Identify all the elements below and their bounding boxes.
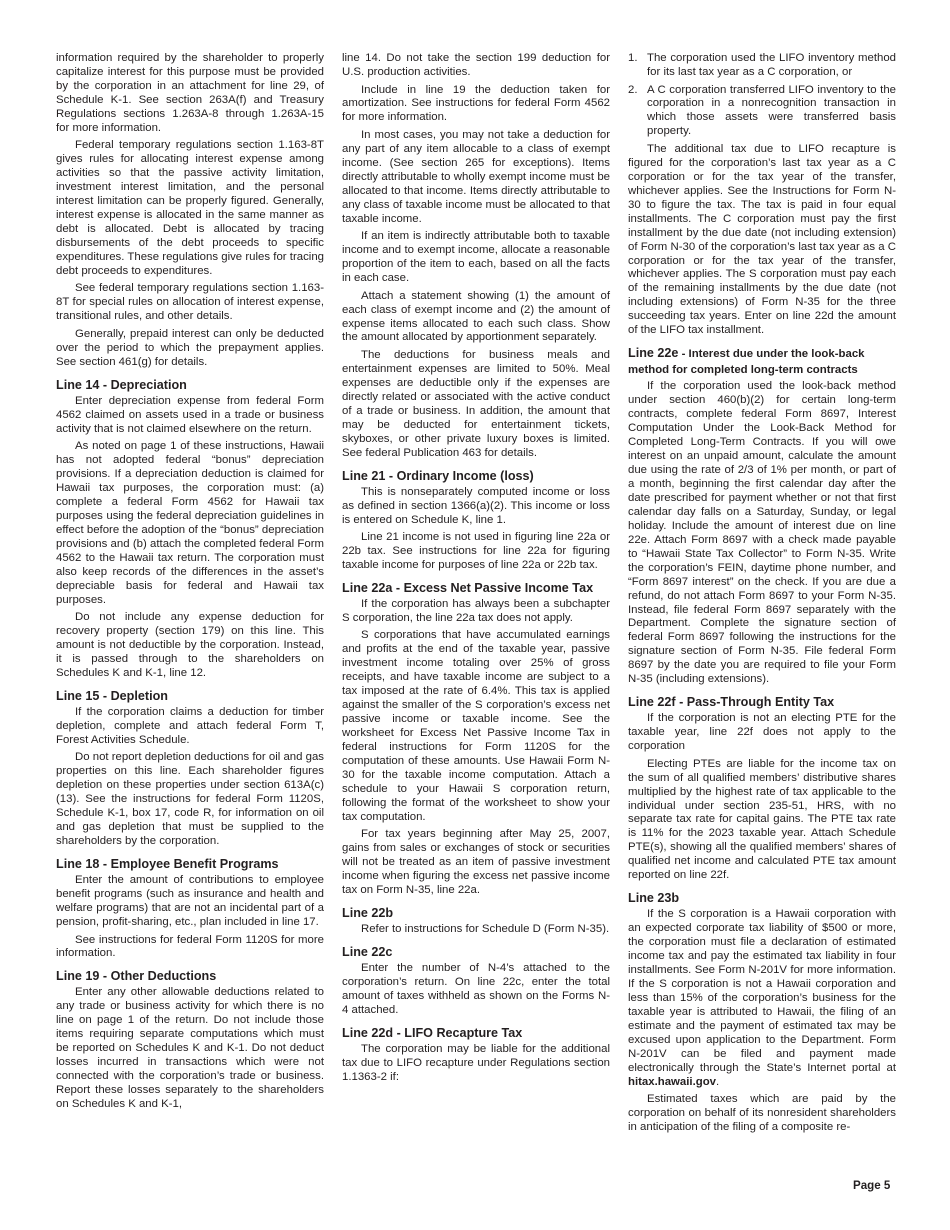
paragraph: For tax years beginning after May 25, 20… [342, 828, 610, 898]
paragraph-continued: information required by the shareholder … [56, 52, 324, 136]
paragraph-text: . [716, 1076, 719, 1088]
paragraph: If the corporation used the look-back me… [628, 380, 896, 687]
heading-line-18: Line 18 - Employee Benefit Programs [56, 857, 324, 872]
paragraph-estimated-tax: If the S corporation is a Hawaii corpora… [628, 908, 896, 1089]
heading-line-23b: Line 23b [628, 891, 896, 906]
list-number: 1. [628, 52, 638, 66]
heading-line-21: Line 21 - Ordinary Income (loss) [342, 469, 610, 484]
heading-line-19: Line 19 - Other Deductions [56, 969, 324, 984]
lifo-conditions-list: 1. The corporation used the LIFO invento… [628, 52, 896, 139]
paragraph-lifo-recapture: The additional tax due to LIFO recapture… [628, 143, 896, 338]
paragraph: Enter the amount of contributions to emp… [56, 874, 324, 930]
heading-line-15: Line 15 - Depletion [56, 689, 324, 704]
paragraph: If the corporation claims a deduction fo… [56, 706, 324, 748]
heading-line-22b: Line 22b [342, 906, 610, 921]
heading-line-14: Line 14 - Depreciation [56, 378, 324, 393]
page-number: Page 5 [853, 1179, 890, 1192]
list-item-text: A C corporation transferred LIFO invento… [647, 84, 896, 138]
paragraph: S corporations that have accumulated ear… [342, 629, 610, 824]
paragraph-continued: line 14. Do not take the section 199 ded… [342, 52, 610, 80]
paragraph-text: If the S corporation is a Hawaii corpora… [628, 908, 896, 1073]
paragraph: Refer to instructions for Schedule D (Fo… [342, 923, 610, 937]
paragraph: Line 21 income is not used in figuring l… [342, 531, 610, 573]
heading-main: Line 22e [628, 346, 678, 360]
paragraph: This is nonseparately computed income or… [342, 486, 610, 528]
column-left: information required by the shareholder … [56, 52, 324, 1116]
heading-line-22d: Line 22d - LIFO Recapture Tax [342, 1026, 610, 1041]
paragraph: If the corporation has always been a sub… [342, 598, 610, 626]
list-item: 1. The corporation used the LIFO invento… [628, 52, 896, 80]
paragraph-prepaid-interest: Generally, prepaid interest can only be … [56, 328, 324, 370]
paragraph: The corporation may be liable for the ad… [342, 1043, 610, 1085]
paragraph: Enter the number of N-4’s attached to th… [342, 962, 610, 1018]
paragraph-attach-statement: Attach a statement showing (1) the amoun… [342, 290, 610, 346]
paragraph: If the corporation is not an electing PT… [628, 712, 896, 754]
paragraph: Electing PTEs are liable for the income … [628, 758, 896, 884]
paragraph: Enter any other allowable deductions rel… [56, 986, 324, 1112]
paragraph-amortization: Include in line 19 the deduction taken f… [342, 84, 610, 126]
column-right: 1. The corporation used the LIFO invento… [628, 52, 896, 1139]
list-item: 2. A C corporation transferred LIFO inve… [628, 84, 896, 140]
list-item-text: The corporation used the LIFO inventory … [647, 52, 896, 78]
heading-line-22a: Line 22a - Excess Net Passive Income Tax [342, 581, 610, 596]
heading-line-22e: Line 22e - Interest due under the look-b… [628, 346, 896, 378]
paragraph-see-federal-regs: See federal temporary regulations sectio… [56, 282, 324, 324]
paragraph-meals: The deductions for business meals and en… [342, 349, 610, 461]
paragraph-composite-return: Estimated taxes which are paid by the co… [628, 1093, 896, 1135]
paragraph: Enter depreciation expense from federal … [56, 395, 324, 437]
heading-line-22f: Line 22f - Pass-Through Entity Tax [628, 695, 896, 710]
paragraph: Do not report depletion deductions for o… [56, 751, 324, 849]
list-number: 2. [628, 84, 638, 98]
column-middle: line 14. Do not take the section 199 ded… [342, 52, 610, 1088]
paragraph: See instructions for federal Form 1120S … [56, 934, 324, 962]
paragraph: As noted on page 1 of these instructions… [56, 440, 324, 607]
hitax-link[interactable]: hitax.hawaii.gov [628, 1076, 716, 1088]
paragraph-federal-temp-regs: Federal temporary regulations section 1.… [56, 139, 324, 279]
paragraph-indirect: If an item is indirectly attributable bo… [342, 230, 610, 286]
paragraph: Do not include any expense deduction for… [56, 611, 324, 681]
heading-line-22c: Line 22c [342, 945, 610, 960]
paragraph-exempt-income: In most cases, you may not take a deduct… [342, 129, 610, 227]
